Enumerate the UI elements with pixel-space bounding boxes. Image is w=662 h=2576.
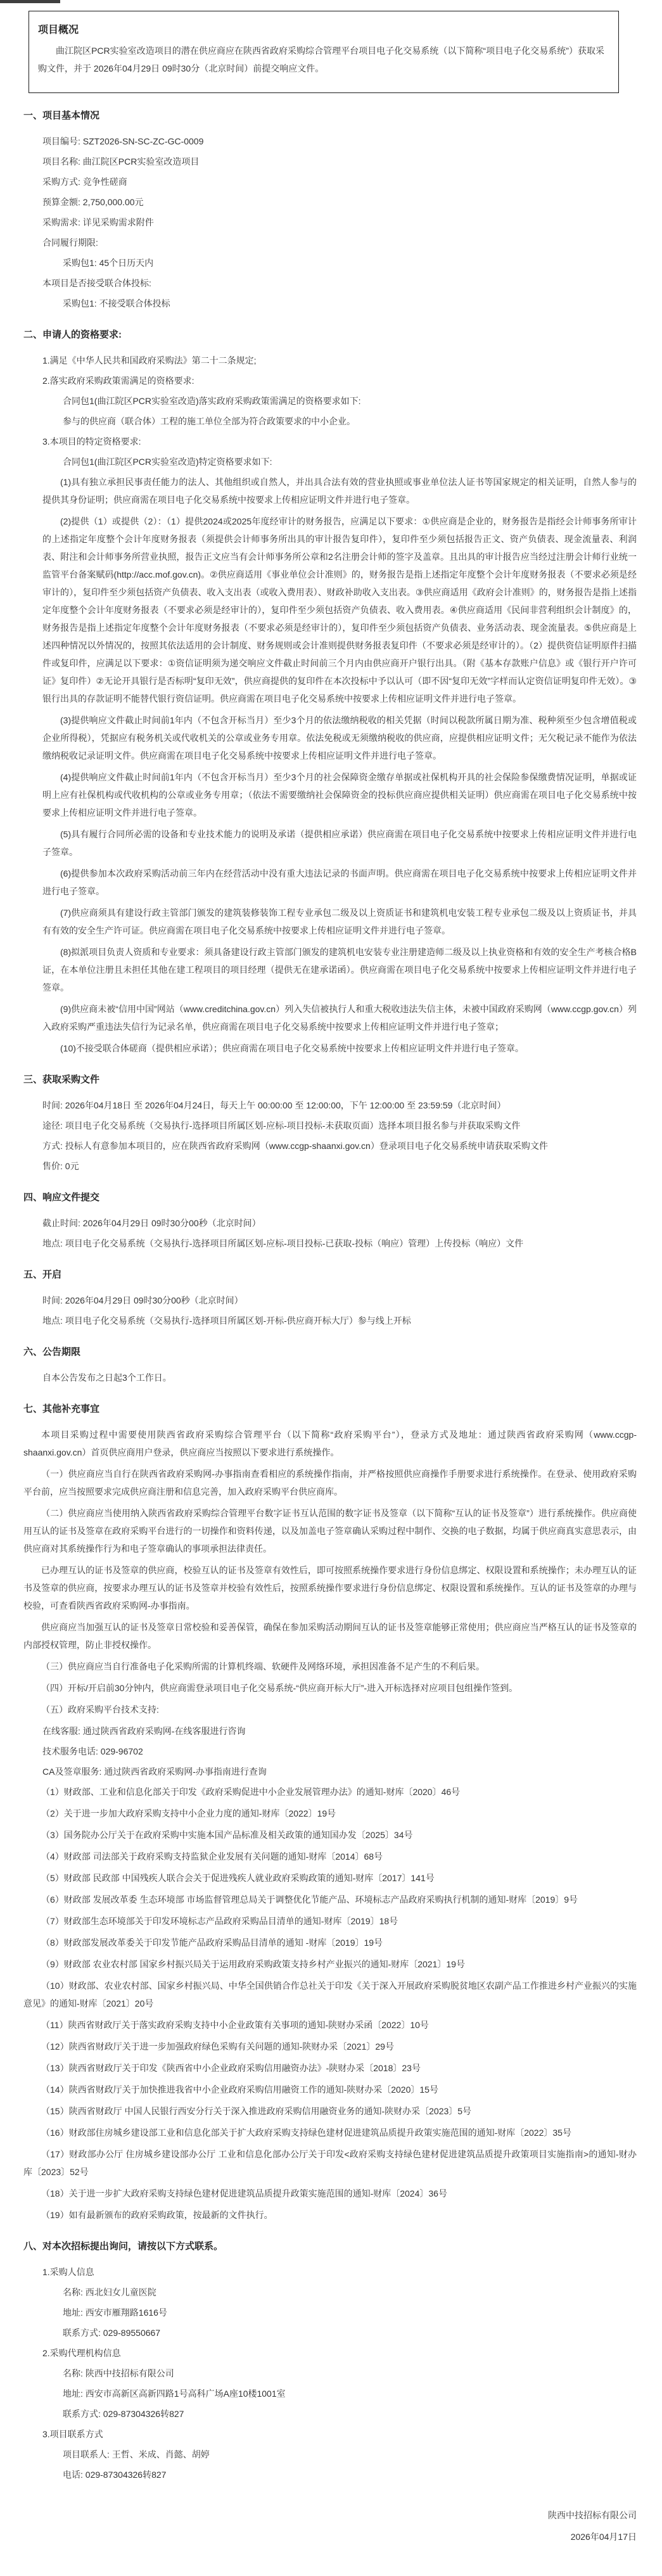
- body-paragraph: (7)供应商须具有建设行政主管部门颁发的建筑装修装饰工程专业承包二级及以上资质证…: [42, 904, 637, 939]
- sub-info-line: 采购包1: 不接受联合体投标: [63, 295, 637, 312]
- body-paragraph: （17）财政部办公厅 住房城乡建设部办公厅 工业和信息化部办公厅关于印发<政府采…: [23, 2145, 637, 2181]
- body-paragraph: （13）陕西省财政厅关于印发《陕西省中小企业政府采购信用融资办法》-陕财办采〔2…: [23, 2059, 637, 2077]
- info-line: 截止时间: 2026年04月29日 09时30分00秒（北京时间）: [42, 1214, 637, 1232]
- body-paragraph: 已办理互认的证书及签章的供应商，校验互认的证书及签章有效性后，即可按照系统操作要…: [23, 1561, 637, 1615]
- section-heading: 六、公告期限: [23, 1343, 637, 1361]
- sub-info-line: 联系方式: 029-87304326转827: [63, 2405, 637, 2423]
- info-line: CA及签章服务: 通过陕西省政府采购网-办事指南进行查询: [42, 1763, 637, 1780]
- body-paragraph: (2)提供（1）或提供（2）：（1）提供2024或2025年度经审计的财务报告，…: [42, 512, 637, 707]
- sub-info-line: 合同包1(曲江院区PCR实验室改造)特定资格要求如下:: [63, 453, 637, 471]
- sub-info-line: 地址: 西安市高新区高新四路1号高科广场A座10楼1001室: [63, 2385, 637, 2402]
- body-paragraph: （五）政府采购平台技术支持:: [23, 1701, 637, 1718]
- body-paragraph: （5）财政部 民政部 中国残疾人联合会关于促进残疾人就业政府采购政策的通知-财库…: [23, 1869, 637, 1887]
- sub-info-line: 电话: 029-87304326转827: [63, 2466, 637, 2484]
- info-line: 自本公告发布之日起3个工作日。: [42, 1369, 637, 1386]
- sub-info-line: 联系方式: 029-89550667: [63, 2324, 637, 2342]
- overview-box: 项目概况 曲江院区PCR实验室改造项目的潜在供应商应在陕西省政府采购综合管理平台…: [29, 11, 619, 93]
- sub-info-line: 参与的供应商（联合体）工程的施工单位全部为符合政策要求的中小企业。: [63, 412, 637, 430]
- announcement-document: 项目概况 曲江院区PCR实验室改造项目的潜在供应商应在陕西省政府采购综合管理平台…: [0, 0, 662, 2562]
- section-heading: 五、开启: [23, 1266, 637, 1284]
- info-line: 2.落实政府采购政策需满足的资格要求:: [42, 372, 637, 390]
- body-paragraph: （16）财政部住房城乡建设部工业和信息化部关于扩大政府采购支持绿色建材促进建筑品…: [23, 2124, 637, 2141]
- body-paragraph: （3）国务院办公厅关于在政府采购中实施本国产品标准及相关政策的通知国办发〔202…: [23, 1826, 637, 1844]
- body-paragraph: (4)提供响应文件截止时间前1年内（不包含开标当月）至少3个月的社会保障资金缴存…: [42, 768, 637, 822]
- info-line: 项目编号: SZT2026-SN-SC-ZC-GC-0009: [42, 132, 637, 150]
- top-left-bar: [0, 0, 60, 3]
- footer-company: 陕西中技招标有限公司: [23, 2506, 637, 2524]
- body-paragraph: （8）财政部发展改革委关于印发节能产品政府采购品目清单的通知 -财库〔2019〕…: [23, 1934, 637, 1951]
- body-paragraph: (1)具有独立承担民事责任能力的法人、其他组织或自然人，并出具合法有效的营业执照…: [42, 473, 637, 509]
- info-line: 1.满足《中华人民共和国政府采购法》第二十二条规定;: [42, 352, 637, 369]
- info-line: 途径: 项目电子化交易系统（交易执行-选择项目所属区划-应标-项目投标-未获取页…: [42, 1117, 637, 1134]
- body-paragraph: （二）供应商应当使用纳入陕西省政府采购综合管理平台数字证书互认范围的数字证书及签…: [23, 1504, 637, 1558]
- info-line: 采购方式: 竞争性磋商: [42, 173, 637, 191]
- sub-info-line: 地址: 西安市雁翔路1616号: [63, 2304, 637, 2321]
- body-paragraph: （10）财政部、农业农村部、国家乡村振兴局、中华全国供销合作总社关于印发《关于深…: [23, 1977, 637, 2012]
- info-line: 3.本项目的特定资格要求:: [42, 433, 637, 450]
- document-footer: 陕西中技招标有限公司 2026年04月17日: [23, 2506, 637, 2546]
- body-paragraph: (8)拟派项目负责人资质和专业要求：须具备建设行政主管部门颁发的建筑机电安装专业…: [42, 943, 637, 996]
- body-paragraph: （一）供应商应当自行在陕西省政府采购网-办事指南查看相应的系统操作指南，并严格按…: [23, 1465, 637, 1501]
- info-line: 采购需求: 详见采购需求附件: [42, 213, 637, 231]
- sub-info-line: 采购包1: 45个日历天内: [63, 254, 637, 272]
- footer-date: 2026年04月17日: [23, 2528, 637, 2546]
- body-paragraph: （18）关于进一步扩大政府采购支持绿色建材促进建筑品质提升政策实施范围的通知-财…: [23, 2185, 637, 2202]
- overview-title: 项目概况: [38, 22, 604, 39]
- info-line: 地点: 项目电子化交易系统（交易执行-选择项目所属区划-开标-供应商开标大厅）参…: [42, 1312, 637, 1329]
- body-paragraph: （1）财政部、工业和信息化部关于印发《政府采购促进中小企业发展管理办法》的通知-…: [23, 1783, 637, 1801]
- sub-info-line: 名称: 西北妇女儿童医院: [63, 2283, 637, 2301]
- info-line: 预算金额: 2,750,000.00元: [42, 193, 637, 211]
- sub-info-line: 名称: 陕西中技招标有限公司: [63, 2364, 637, 2382]
- section-heading: 一、项目基本情况: [23, 107, 637, 125]
- section-heading: 七、其他补充事宜: [23, 1400, 637, 1418]
- body-paragraph: （11）陕西省财政厅关于落实政府采购支持中小企业政策有关事项的通知-陕财办采函〔…: [23, 2016, 637, 2034]
- body-paragraph: 供应商应当加强互认的证书及签章日常校验和妥善保管，确保在参加采购活动期间互认的证…: [23, 1618, 637, 1654]
- info-line: 合同履行期限:: [42, 234, 637, 251]
- info-line: 在线客服: 通过陕西省政府采购网-在线客服进行咨询: [42, 1722, 637, 1740]
- body-paragraph: (9)供应商未被“信用中国”网站（www.creditchina.gov.cn）…: [42, 1000, 637, 1036]
- section-heading: 八、对本次招标提出询问，请按以下方式联系。: [23, 2238, 637, 2256]
- info-line: 时间: 2026年04月18日 至 2026年04月24日，每天上午 00:00…: [42, 1096, 637, 1114]
- body-paragraph: （2）关于进一步加大政府采购支持中小企业力度的通知-财库〔2022〕19号: [23, 1805, 637, 1822]
- body-paragraph: (6)提供参加本次政府采购活动前三年内在经营活动中没有重大违法记录的书面声明。供…: [42, 865, 637, 900]
- section-heading: 四、响应文件提交: [23, 1189, 637, 1207]
- info-line: 1.采购人信息: [42, 2263, 637, 2281]
- body-paragraph: 本项目采购过程中需要使用陕西省政府采购综合管理平台（以下简称“政府采购平台”），…: [23, 1426, 637, 1461]
- body-paragraph: (3)提供响应文件截止时间前1年内（不包含开标当月）至少3个月的依法缴纳税收的相…: [42, 711, 637, 765]
- body-paragraph: （7）财政部生态环境部关于印发环境标志产品政府采购品目清单的通知-财库〔2019…: [23, 1912, 637, 1930]
- info-line: 时间: 2026年04月29日 09时30分00秒（北京时间）: [42, 1291, 637, 1309]
- body-paragraph: （15）陕西省财政厅 中国人民银行西安分行关于深入推进政府采购信用融资业务的通知…: [23, 2102, 637, 2120]
- body-paragraph: （三）供应商应当自行准备电子化采购所需的计算机终端、软硬件及网络环境，承担因准备…: [23, 1658, 637, 1675]
- section-heading: 二、申请人的资格要求:: [23, 326, 637, 344]
- info-line: 地点: 项目电子化交易系统（交易执行-选择项目所属区划-应标-项目投标-已获取-…: [42, 1234, 637, 1252]
- body-paragraph: (5)具有履行合同所必需的设备和专业技术能力的说明及承诺（提供相应承诺）供应商需…: [42, 825, 637, 861]
- info-line: 方式: 投标人有意参加本项目的，应在陕西省政府采购网（www.ccgp-shaa…: [42, 1137, 637, 1155]
- info-line: 3.项目联系方式: [42, 2425, 637, 2443]
- info-line: 本项目是否接受联合体投标:: [42, 274, 637, 292]
- overview-text: 曲江院区PCR实验室改造项目的潜在供应商应在陕西省政府采购综合管理平台项目电子化…: [38, 42, 604, 77]
- body-paragraph: (10)不接受联合体磋商（提供相应承诺）；供应商需在项目电子化交易系统中按要求上…: [42, 1039, 637, 1057]
- body-paragraph: （4）财政部 司法部关于政府采购支持监狱企业发展有关问题的通知-财库〔2014〕…: [23, 1848, 637, 1865]
- section-heading: 三、获取采购文件: [23, 1071, 637, 1089]
- body-paragraph: （9）财政部 农业农村部 国家乡村振兴局关于运用政府采购政策支持乡村产业振兴的通…: [23, 1955, 637, 1973]
- info-line: 技术服务电话: 029-96702: [42, 1742, 637, 1760]
- body-paragraph: （12）陕西省财政厅关于进一步加强政府绿色采购有关问题的通知-陕财办采〔2021…: [23, 2038, 637, 2055]
- document-body: 一、项目基本情况项目编号: SZT2026-SN-SC-ZC-GC-0009项目…: [23, 107, 637, 2484]
- body-paragraph: （四）开标/开启前30分钟内，供应商需登录项目电子化交易系统-“供应商开标大厅”…: [23, 1679, 637, 1697]
- body-paragraph: （19）如有最新颁布的政府采购政策，按最新的文件执行。: [23, 2206, 637, 2224]
- sub-info-line: 合同包1(曲江院区PCR实验室改造)落实政府采购政策需满足的资格要求如下:: [63, 392, 637, 410]
- info-line: 项目名称: 曲江院区PCR实验室改造项目: [42, 153, 637, 170]
- body-paragraph: （6）财政部 发展改革委 生态环境部 市场监督管理总局关于调整优化节能产品、环境…: [23, 1891, 637, 1908]
- body-paragraph: （14）陕西省财政厅关于加快推进我省中小企业政府采购信用融资工作的通知-陕财办采…: [23, 2081, 637, 2098]
- info-line: 2.采购代理机构信息: [42, 2344, 637, 2362]
- sub-info-line: 项目联系人: 王哲、米成、肖懿、胡婷: [63, 2446, 637, 2463]
- info-line: 售价: 0元: [42, 1157, 637, 1175]
